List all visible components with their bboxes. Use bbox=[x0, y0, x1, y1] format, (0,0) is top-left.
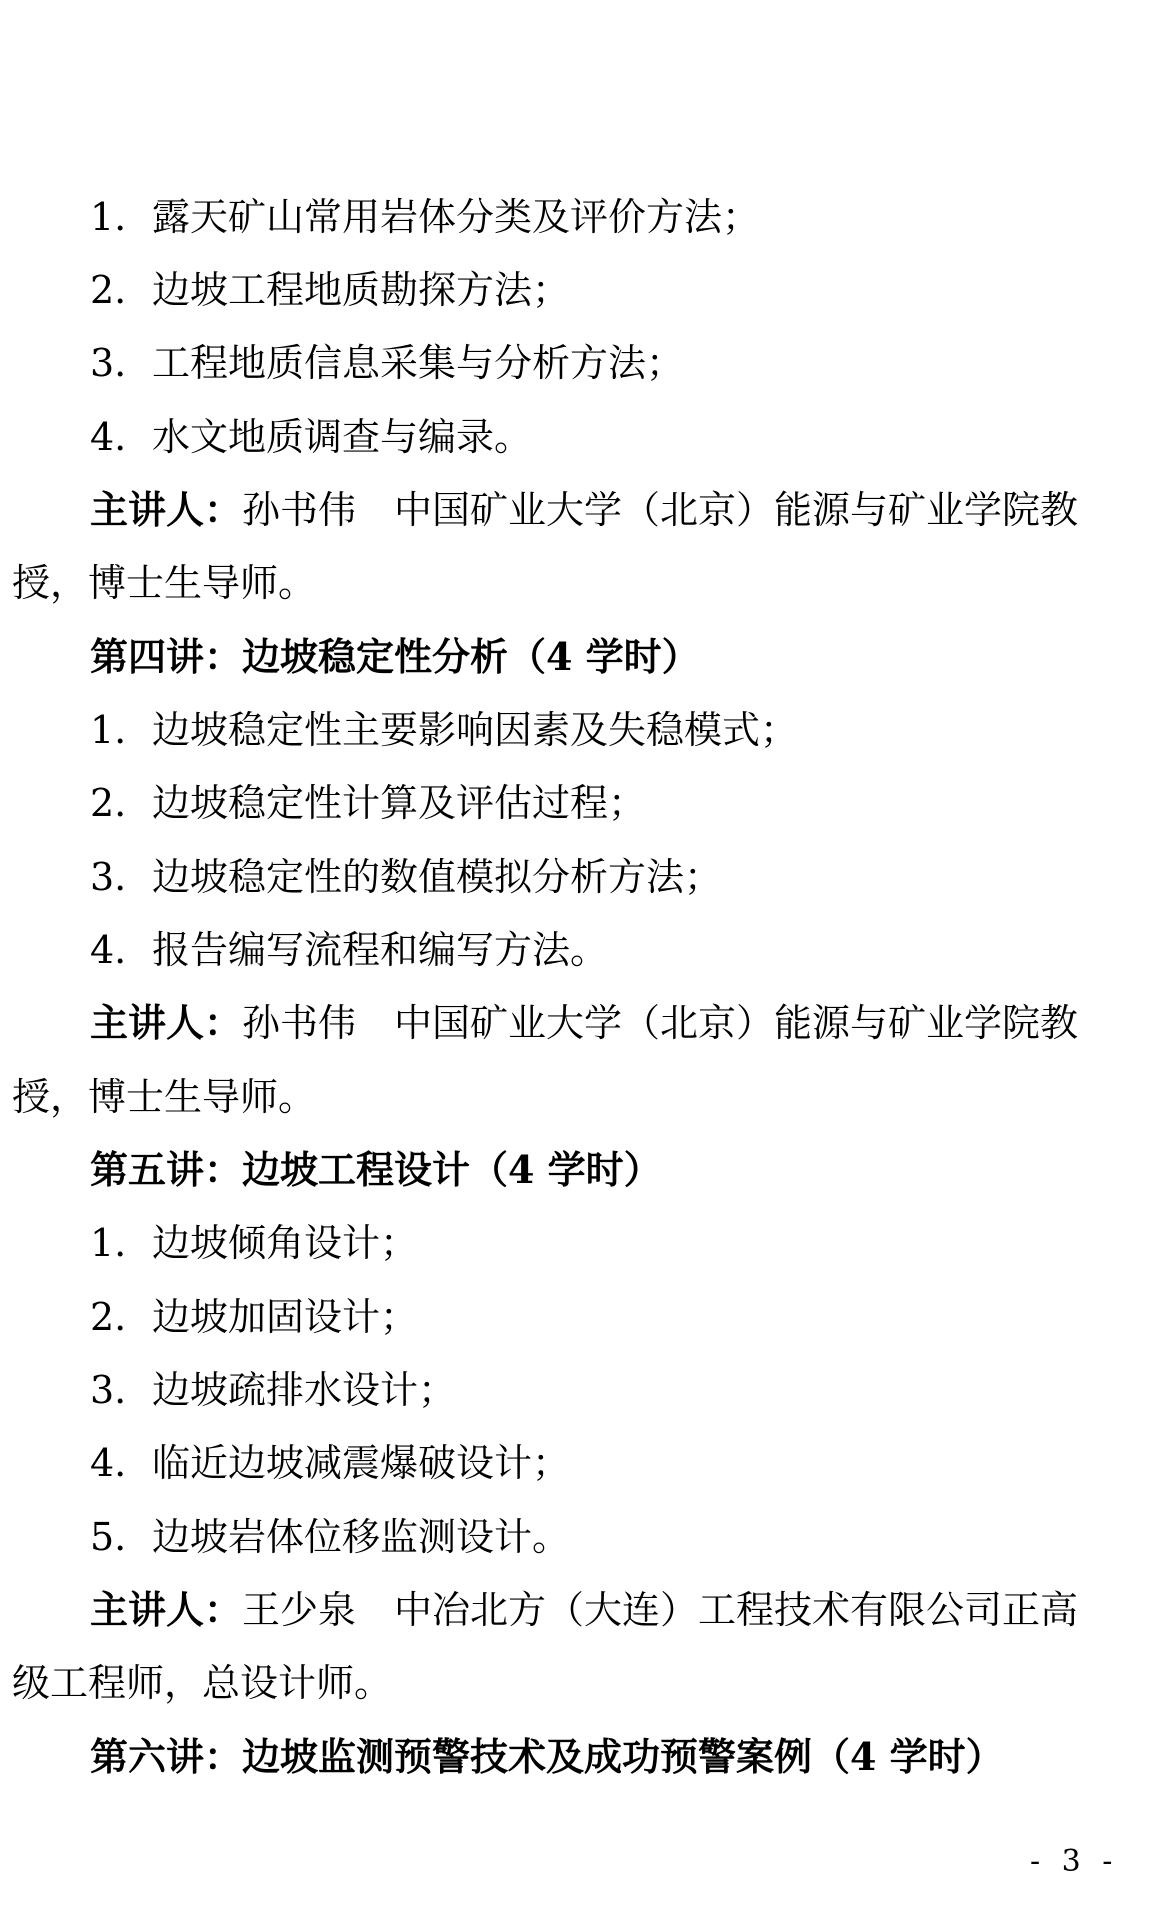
item-text: 边坡疏排水设计； bbox=[152, 1368, 456, 1412]
lecture-title: 第四讲：边坡稳定性分析（4 学时） bbox=[90, 635, 1154, 679]
item-number: 2. bbox=[90, 268, 152, 312]
item-text: 边坡加固设计； bbox=[152, 1295, 418, 1339]
list-item: 1.边坡稳定性主要影响因素及失稳模式； bbox=[90, 708, 1154, 752]
list-item: 2.边坡稳定性计算及评估过程； bbox=[90, 781, 1154, 825]
item-text: 边坡稳定性主要影响因素及失稳模式； bbox=[152, 708, 798, 752]
lecturer-text: 孙书伟 中国矿业大学（北京）能源与矿业学院教 bbox=[242, 488, 1078, 532]
item-text: 水文地质调查与编录。 bbox=[152, 415, 532, 459]
item-text: 露天矿山常用岩体分类及评价方法； bbox=[152, 195, 760, 239]
lecturer-text: 孙书伟 中国矿业大学（北京）能源与矿业学院教 bbox=[242, 1001, 1078, 1045]
item-number: 2. bbox=[90, 1295, 152, 1339]
list-item: 1.露天矿山常用岩体分类及评价方法； bbox=[90, 195, 1154, 239]
lecturer-text: 王少泉 中冶北方（大连）工程技术有限公司正高 bbox=[242, 1588, 1078, 1632]
list-item: 3.边坡稳定性的数值模拟分析方法； bbox=[90, 855, 1154, 899]
lecturer-line: 主讲人：王少泉 中冶北方（大连）工程技术有限公司正高 bbox=[90, 1588, 1154, 1632]
lecture-title: 第六讲：边坡监测预警技术及成功预警案例（4 学时） bbox=[90, 1735, 1154, 1779]
lecturer-line: 主讲人：孙书伟 中国矿业大学（北京）能源与矿业学院教 bbox=[90, 488, 1154, 532]
item-text: 边坡稳定性的数值模拟分析方法； bbox=[152, 855, 722, 899]
lecturer-line-cont: 级工程师，总设计师。 bbox=[12, 1661, 1154, 1705]
lecturer-label: 主讲人： bbox=[90, 1000, 242, 1045]
item-number: 1. bbox=[90, 708, 152, 752]
item-number: 5. bbox=[90, 1515, 152, 1559]
list-item: 3.工程地质信息采集与分析方法； bbox=[90, 341, 1154, 385]
item-text: 报告编写流程和编写方法。 bbox=[152, 928, 608, 972]
item-text: 边坡工程地质勘探方法； bbox=[152, 268, 570, 312]
item-number: 3. bbox=[90, 1368, 152, 1412]
item-number: 1. bbox=[90, 1221, 152, 1265]
item-number: 4. bbox=[90, 1441, 152, 1485]
list-item: 1.边坡倾角设计； bbox=[90, 1221, 1154, 1265]
item-number: 4. bbox=[90, 928, 152, 972]
item-text: 边坡稳定性计算及评估过程； bbox=[152, 781, 646, 825]
lecturer-line-cont: 授，博士生导师。 bbox=[12, 1075, 1154, 1119]
item-text: 临近边坡减震爆破设计； bbox=[152, 1441, 570, 1485]
list-item: 2.边坡工程地质勘探方法； bbox=[90, 268, 1154, 312]
list-item: 4.报告编写流程和编写方法。 bbox=[90, 928, 1154, 972]
item-number: 3. bbox=[90, 341, 152, 385]
item-number: 3. bbox=[90, 855, 152, 899]
item-number: 4. bbox=[90, 415, 152, 459]
lecturer-label: 主讲人： bbox=[90, 487, 242, 532]
list-item: 2.边坡加固设计； bbox=[90, 1295, 1154, 1339]
list-item: 4.水文地质调查与编录。 bbox=[90, 415, 1154, 459]
item-text: 边坡倾角设计； bbox=[152, 1221, 418, 1265]
item-number: 2. bbox=[90, 781, 152, 825]
item-text: 工程地质信息采集与分析方法； bbox=[152, 341, 684, 385]
list-item: 4.临近边坡减震爆破设计； bbox=[90, 1441, 1154, 1485]
list-item: 3.边坡疏排水设计； bbox=[90, 1368, 1154, 1412]
list-item: 5.边坡岩体位移监测设计。 bbox=[90, 1515, 1154, 1559]
lecture-title: 第五讲：边坡工程设计（4 学时） bbox=[90, 1148, 1154, 1192]
lecturer-line: 主讲人：孙书伟 中国矿业大学（北京）能源与矿业学院教 bbox=[90, 1001, 1154, 1045]
lecturer-label: 主讲人： bbox=[90, 1587, 242, 1632]
page-number: - 3 - bbox=[1030, 1842, 1118, 1882]
lecturer-line-cont: 授，博士生导师。 bbox=[12, 561, 1154, 605]
item-number: 1. bbox=[90, 195, 152, 239]
item-text: 边坡岩体位移监测设计。 bbox=[152, 1515, 570, 1559]
